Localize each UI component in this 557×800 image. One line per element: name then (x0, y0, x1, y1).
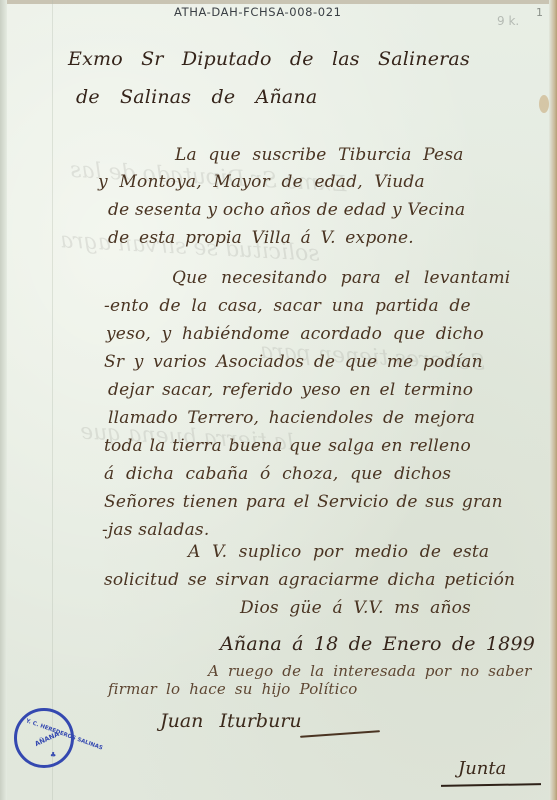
proxy-note-line-1: A ruego de la interesada por no saber (208, 662, 532, 680)
paper-stain (539, 95, 549, 113)
paragraph-2-line-5: dejar sacar, referido yeso en el termino (108, 380, 473, 400)
archive-reference: ATHA-DAH-FCHSA-008-021 (174, 5, 342, 19)
paragraph-2-line-7: toda la tierra buena que salga en rellen… (104, 436, 471, 456)
paragraph-1-line-4: de esta propia Villa á V. expone. (108, 228, 414, 248)
paper-right-edge (549, 0, 557, 800)
document-page: Exmo Sr Diputado de las solicitud se sir… (0, 0, 557, 800)
annotation-signature: Junta (458, 758, 506, 779)
paragraph-2-line-9: Señores tienen para el Servicio de sus g… (104, 492, 503, 512)
salutation-line-1: Exmo Sr Diputado de las Salineras (68, 48, 470, 70)
paragraph-1-line-2: y Montoya, Mayor de edad, Viuda (98, 172, 425, 192)
salutation-line-2: de Salinas de Añana (76, 86, 317, 108)
seal-emblem-icon: ♣ (50, 751, 56, 759)
paragraph-2-line-3: yeso, y habiéndome acordado que dicho (106, 324, 484, 344)
paper-top-edge (0, 0, 557, 4)
paragraph-3-line-1: A V. suplico por medio de esta (188, 542, 489, 562)
paragraph-1-line-1: La que suscribe Tiburcia Pesa (175, 145, 464, 165)
folio-mark: 9 k. (497, 14, 519, 28)
paper-fold-line (52, 0, 53, 800)
paragraph-2-line-6: llamado Terrero, haciendoles de mejora (108, 408, 475, 428)
paragraph-2-line-8: á dicha cabaña ó choza, que dichos (104, 464, 451, 484)
signature-flourish (300, 730, 380, 738)
archive-seal: Y. C. HEREDEROS SALINAS AÑANA ♣ (14, 708, 74, 768)
paragraph-3-line-2: solicitud se sirvan agraciarme dicha pet… (104, 570, 515, 590)
paragraph-1-line-3: de sesenta y ocho años de edad y Vecina (108, 200, 465, 220)
paragraph-2-line-4: Sr y varios Asociados de que me podían (104, 352, 483, 372)
signature: Juan Iturburu (160, 710, 302, 732)
paragraph-2-line-10: -jas saladas. (102, 520, 209, 540)
signature-underline (441, 783, 541, 787)
place-and-date: Añana á 18 de Enero de 1899 (220, 633, 535, 655)
paper-left-edge (0, 0, 7, 800)
proxy-note-line-2: firmar lo hace su hijo Político (108, 680, 357, 698)
paragraph-2-line-1: Que necesitando para el levantami (172, 268, 510, 288)
page-number: 1 (536, 6, 543, 19)
paragraph-2-line-2: -ento de la casa, sacar una partida de (104, 296, 471, 316)
closing-formula: Dios güe á V.V. ms años (240, 598, 471, 618)
